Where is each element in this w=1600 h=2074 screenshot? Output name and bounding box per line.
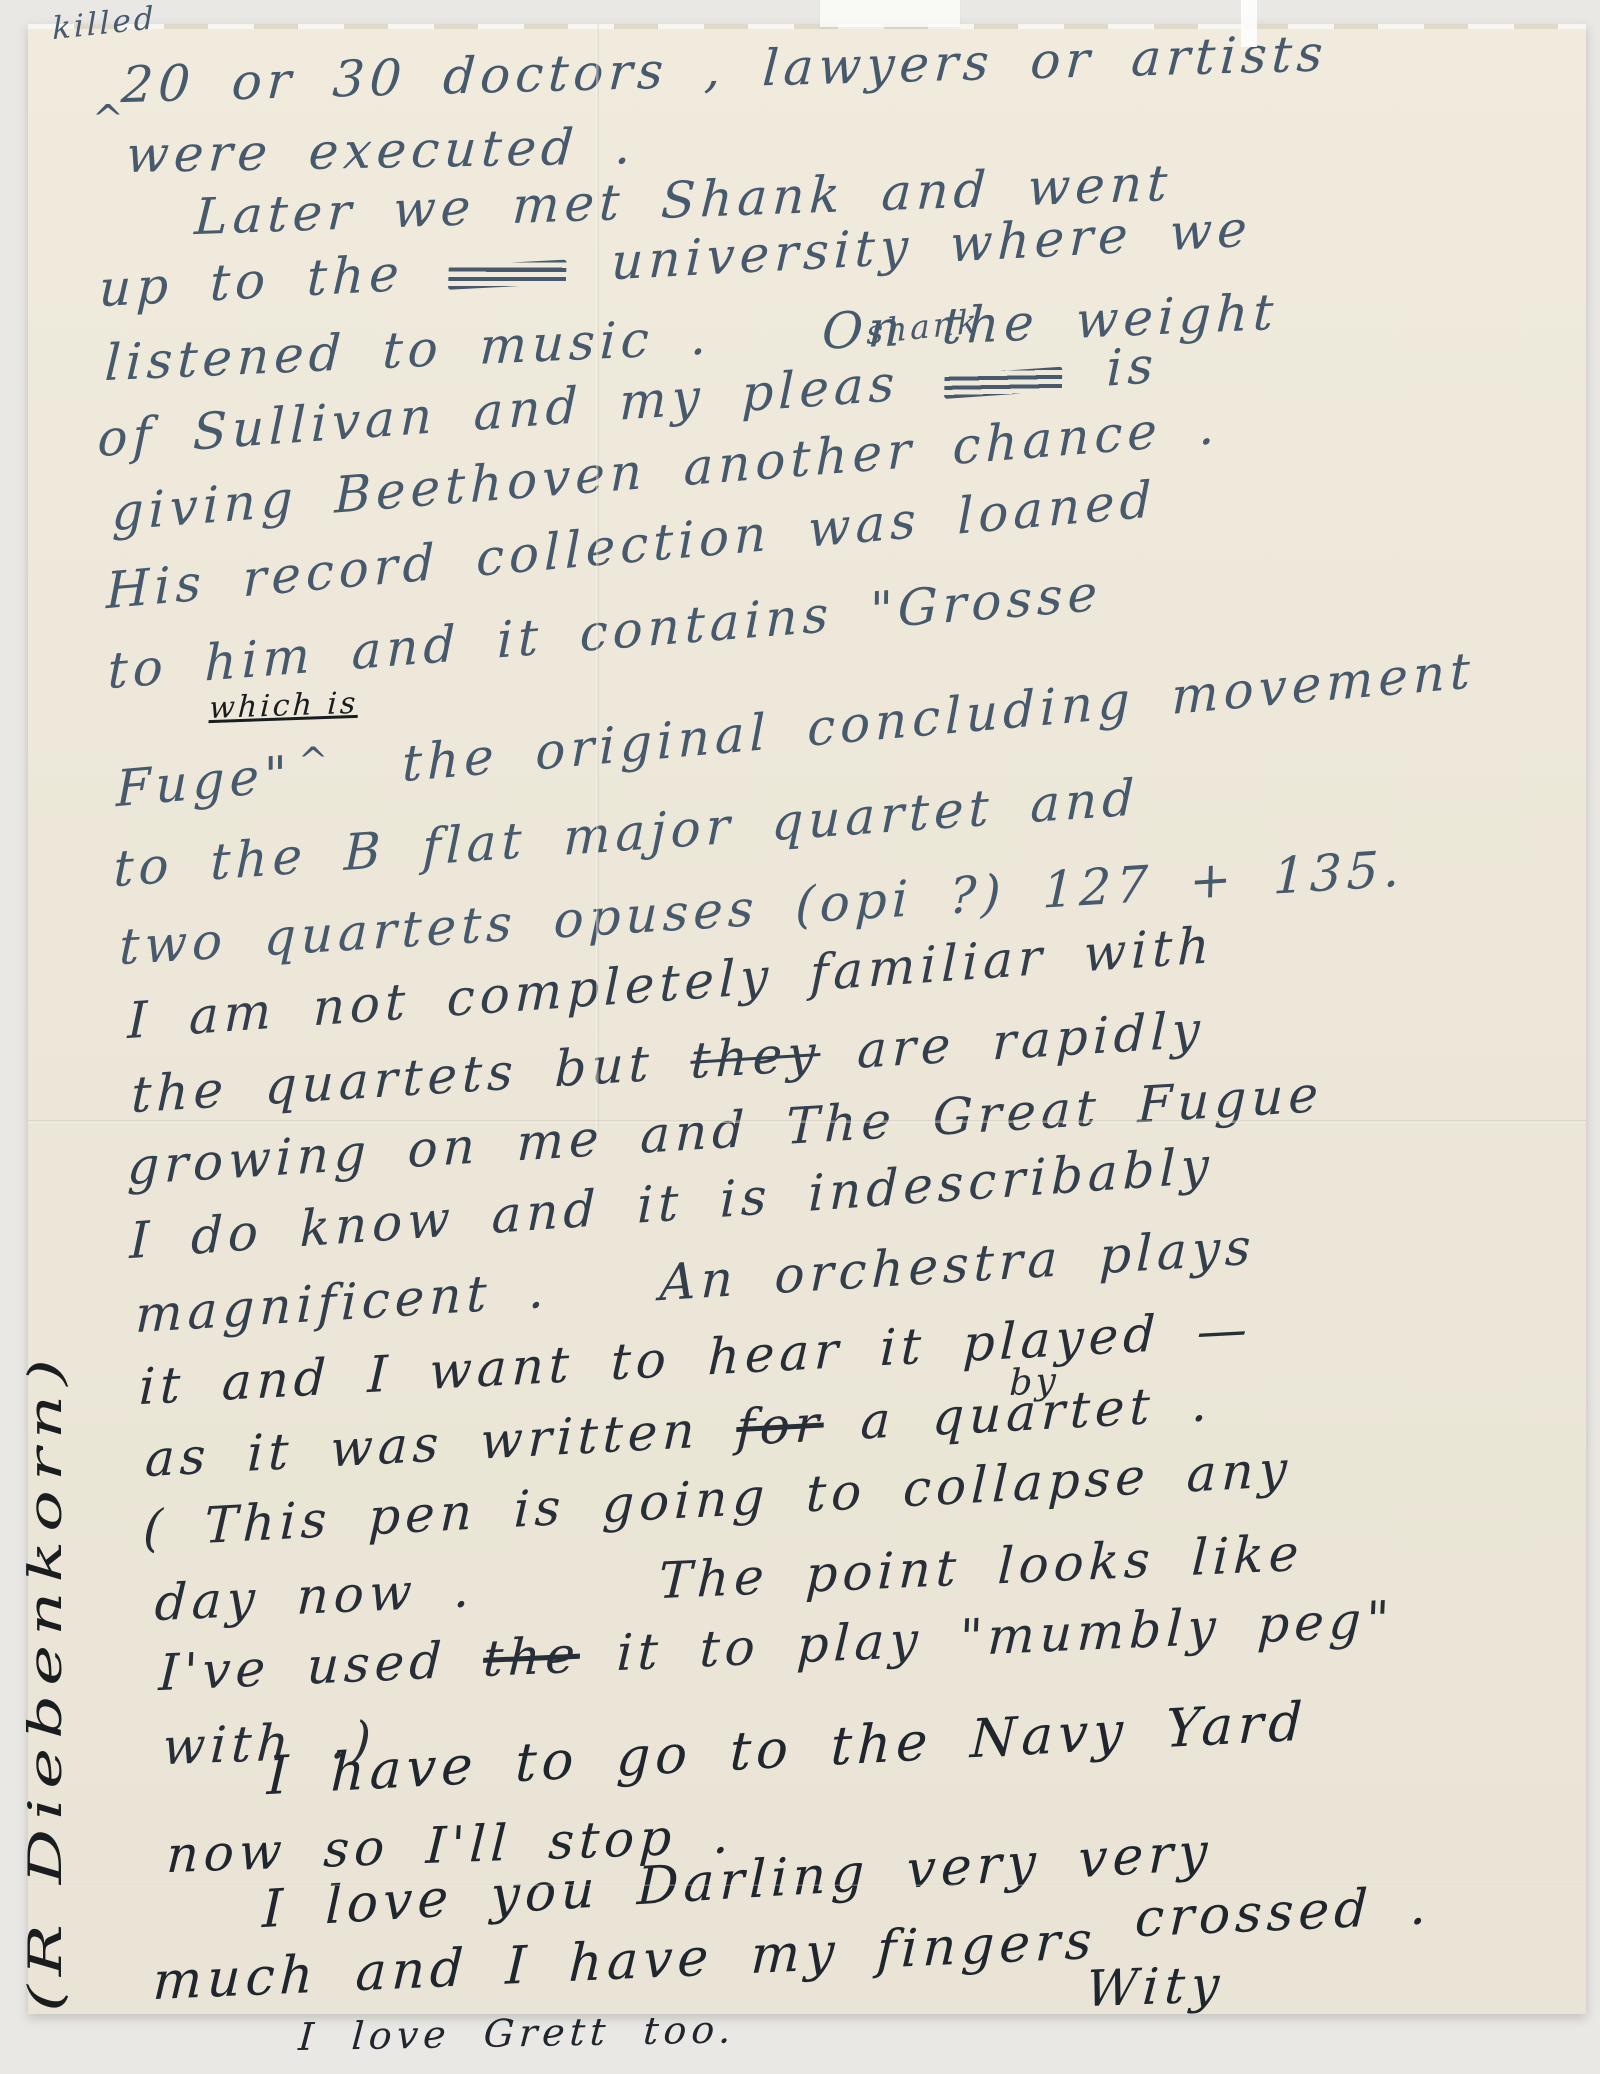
fold-crease [28,1884,1586,1886]
inserted-word-by: by [1009,1363,1060,1402]
inserted-phrase-which-is: which is [208,689,359,724]
letter-paper: 20 or 30 doctors , lawyers or artistswer… [28,24,1586,2014]
caret-mark: ^ [298,744,331,780]
letter-text: they [690,1024,821,1090]
letter-text: crossed . [1134,1876,1433,1949]
letter-text: up to the [98,242,442,318]
letter-text: the [482,1626,581,1688]
fold-crease [28,1120,1586,1123]
margin-annotation: (R Diebenkorn) [22,1202,68,2012]
letter-text: I love Grett too. [297,2007,737,2059]
scratched-out-word [944,367,1062,399]
letter-text: for [735,1394,824,1457]
letter-text: I have to go to the Navy Yard [266,1691,1308,1807]
letter-line: 20 or 30 doctors , lawyers or artists [120,28,1329,110]
letter-line: were executed . [124,121,637,180]
caret-mark: ^ [92,100,127,138]
signature: Wity [1084,1959,1226,2014]
photographed-letter-scene: 20 or 30 doctors , lawyers or artistswer… [0,0,1600,2074]
letter-text: 20 or 30 doctors , lawyers or artists [120,24,1330,114]
scratched-out-word [448,260,567,290]
letter-text: were executed . [124,117,638,184]
letter-line: I have to go to the Navy Yard [266,1695,1308,1803]
letter-line: I love Grett too. [297,2010,737,2056]
letter-text: is [1069,336,1158,400]
fold-crease [596,24,599,1129]
tape-piece [820,0,960,27]
torn-paper-edge [28,24,1586,29]
tape-piece [1241,0,1257,47]
letter-text: I've used [158,1630,485,1702]
letter-text: are rapidly [820,1000,1206,1082]
